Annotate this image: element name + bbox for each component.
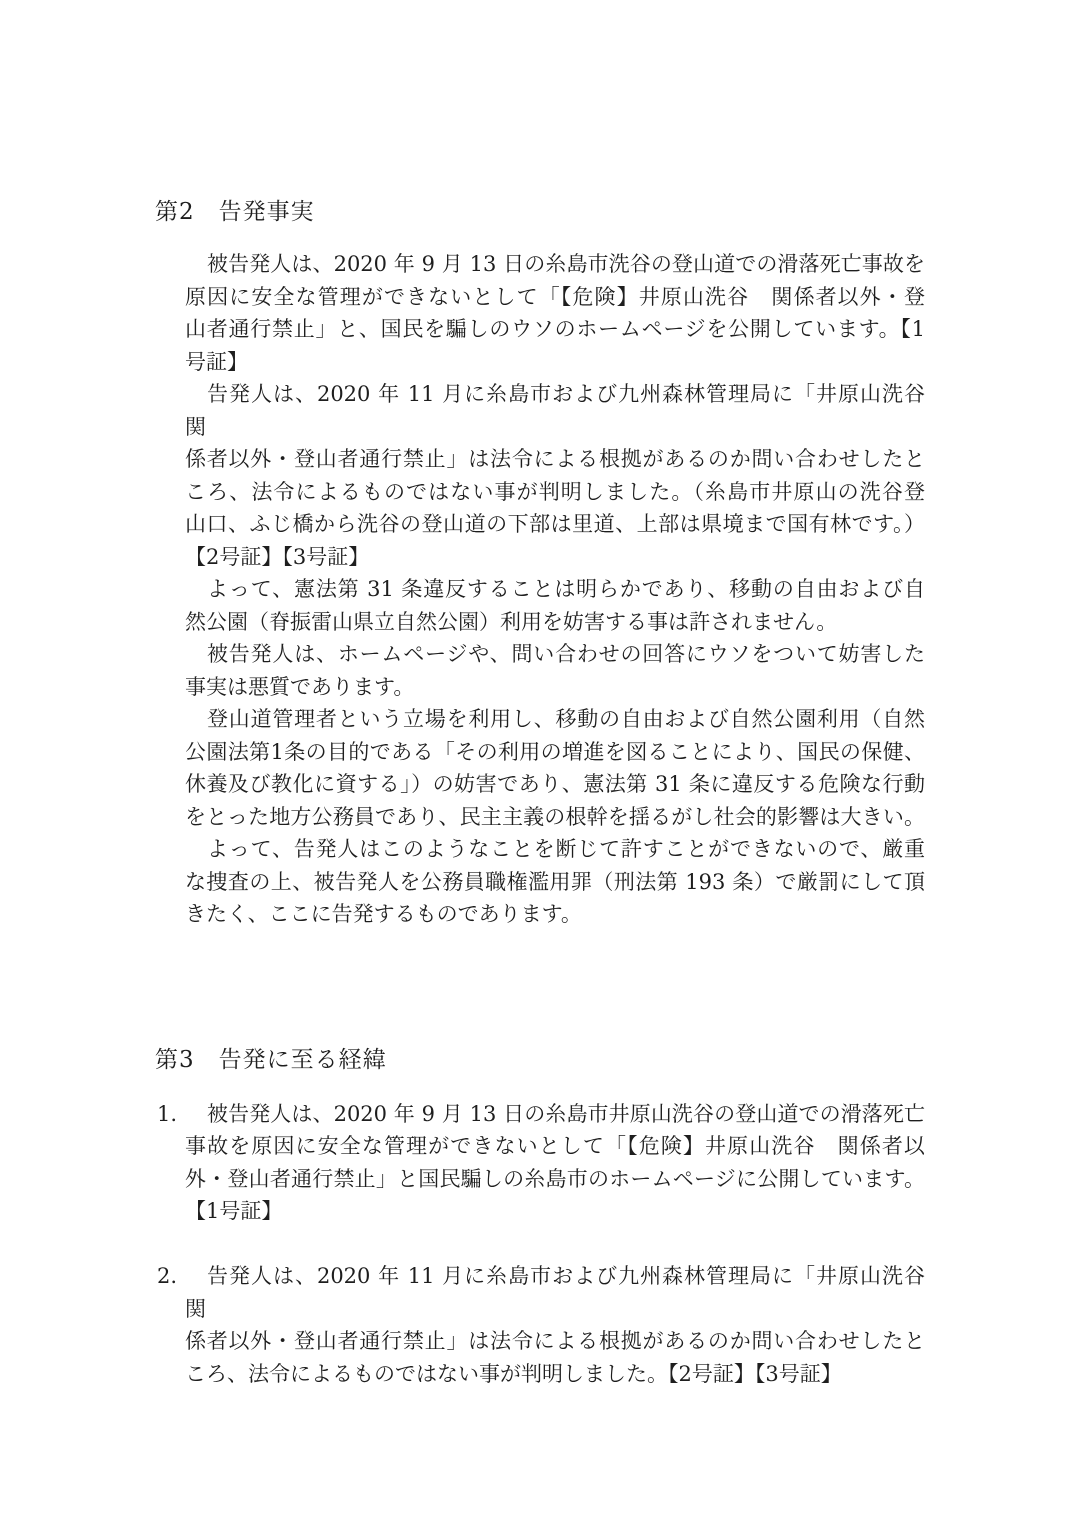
text-line: 山者通行禁止」と、国民を騙しのウソのホームページを公開しています。【1 xyxy=(185,313,925,346)
text-line: 係者以外・登山者通行禁止」は法令による根拠があるのか問い合わせしたと xyxy=(185,443,925,476)
text-line: 告発人は、2020 年 11 月に糸島市および九州森林管理局に「井原山洗谷 関 xyxy=(185,378,925,443)
document-page: 第2 告発事実 被告発人は、2020 年 9 月 13 日の糸島市洗谷の登山道で… xyxy=(0,0,1080,1528)
list-item: 1. 被告発人は、2020 年 9 月 13 日の糸島市井原山洗谷の登山道での滑… xyxy=(185,1098,925,1228)
text-line: 事故を原因に安全な管理ができないとして「【危険】井原山洗谷 関係者以 xyxy=(185,1130,925,1163)
text-line: 原因に安全な管理ができないとして「【危険】井原山洗谷 関係者以外・登 xyxy=(185,281,925,314)
text-line: 事実は悪質であります。 xyxy=(185,671,925,704)
list-item: 2. 告発人は、2020 年 11 月に糸島市および九州森林管理局に「井原山洗谷… xyxy=(185,1260,925,1390)
text-line: 外・登山者通行禁止」と国民騙しの糸島市のホームページに公開しています。 xyxy=(185,1163,925,1196)
text-line: をとった地方公務員であり、民主主義の根幹を揺るがし社会的影響は大きい。 xyxy=(185,801,925,834)
text-line: 被告発人は、2020 年 9 月 13 日の糸島市洗谷の登山道での滑落死亡事故を xyxy=(185,248,925,281)
text-line: 登山道管理者という立場を利用し、移動の自由および自然公園利用（自然 xyxy=(185,703,925,736)
text-line: よって、憲法第 31 条違反することは明らかであり、移動の自由および自 xyxy=(185,573,925,606)
item-number: 2. xyxy=(157,1260,177,1293)
paragraph: 登山道管理者という立場を利用し、移動の自由および自然公園利用（自然 公園法第1条… xyxy=(185,703,925,833)
text-line: 号証】 xyxy=(185,346,925,379)
text-line: ころ、法令によるものではない事が判明しました。（糸島市井原山の洗谷登 xyxy=(185,476,925,509)
text-line: 【1号証】 xyxy=(185,1195,925,1228)
section-2-heading: 第2 告発事実 xyxy=(155,196,925,228)
text-block: 第2 告発事実 被告発人は、2020 年 9 月 13 日の糸島市洗谷の登山道で… xyxy=(185,0,925,1390)
paragraph: 被告発人は、ホームページや、問い合わせの回答にウソをついて妨害した 事実は悪質で… xyxy=(185,638,925,703)
item-number: 1. xyxy=(157,1098,177,1131)
text-line: 告発人は、2020 年 11 月に糸島市および九州森林管理局に「井原山洗谷 関 xyxy=(185,1260,925,1325)
text-line: きたく、ここに告発するものであります。 xyxy=(185,898,925,931)
paragraph: よって、憲法第 31 条違反することは明らかであり、移動の自由および自 然公園（… xyxy=(185,573,925,638)
text-line: 然公園（脊振雷山県立自然公園）利用を妨害する事は許されません。 xyxy=(185,606,925,639)
section-3-heading: 第3 告発に至る経緯 xyxy=(155,1044,925,1076)
text-line: 公園法第1条の目的である「その利用の増進を図ることにより、国民の保健、 xyxy=(185,736,925,769)
text-line: ころ、法令によるものではない事が判明しました。【2号証】【3号証】 xyxy=(185,1358,925,1391)
text-line: 山口、ふじ橋から洗谷の登山道の下部は里道、上部は県境まで国有林です。） xyxy=(185,508,925,541)
paragraph: 告発人は、2020 年 11 月に糸島市および九州森林管理局に「井原山洗谷 関 … xyxy=(185,378,925,573)
text-line: 被告発人は、ホームページや、問い合わせの回答にウソをついて妨害した xyxy=(185,638,925,671)
numbered-list: 1. 被告発人は、2020 年 9 月 13 日の糸島市井原山洗谷の登山道での滑… xyxy=(185,1098,925,1391)
text-line: 被告発人は、2020 年 9 月 13 日の糸島市井原山洗谷の登山道での滑落死亡 xyxy=(185,1098,925,1131)
paragraph: よって、告発人はこのようなことを断じて許すことができないので、厳重 な捜査の上、… xyxy=(185,833,925,931)
text-line: 休養及び教化に資する」）の妨害であり、憲法第 31 条に違反する危険な行動 xyxy=(185,768,925,801)
text-line: 係者以外・登山者通行禁止」は法令による根拠があるのか問い合わせしたと xyxy=(185,1325,925,1358)
text-line: な捜査の上、被告発人を公務員職権濫用罪（刑法第 193 条）で厳罰にして頂 xyxy=(185,866,925,899)
text-line: 【2号証】【3号証】 xyxy=(185,541,925,574)
text-line: よって、告発人はこのようなことを断じて許すことができないので、厳重 xyxy=(185,833,925,866)
paragraph: 被告発人は、2020 年 9 月 13 日の糸島市洗谷の登山道での滑落死亡事故を… xyxy=(185,248,925,378)
